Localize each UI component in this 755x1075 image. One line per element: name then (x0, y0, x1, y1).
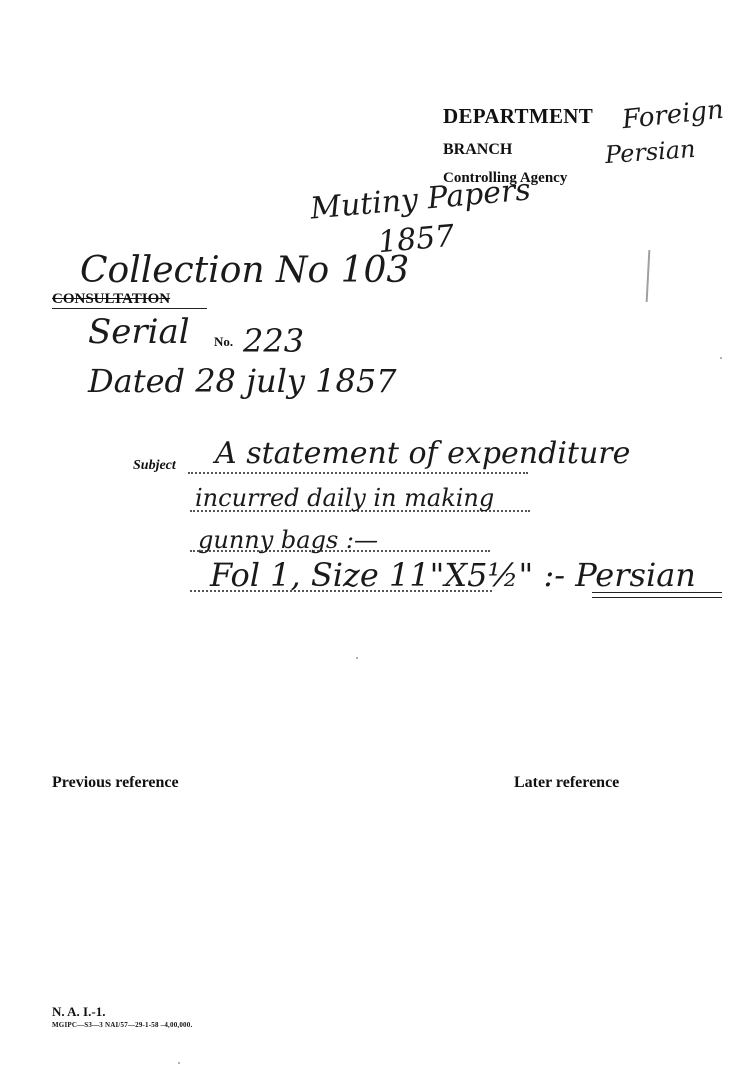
consultation-underline (52, 308, 207, 309)
handwritten-title: Mutiny Papers (309, 172, 532, 226)
persian-underline-2 (592, 597, 722, 598)
scan-speck (720, 357, 722, 359)
subject-line-3: gunny bags :— (198, 526, 378, 554)
form-code: N. A. I.-1. (52, 1004, 105, 1020)
scan-speck (356, 657, 358, 659)
persian-underline-1 (592, 592, 722, 593)
collection-number: Collection No 103 (80, 250, 409, 291)
pencil-mark (646, 250, 651, 302)
subject-dotted-line-1 (188, 472, 528, 474)
printer-line: MGIPC—S3—3 NAI/57—29-1-58 –4,00,000. (52, 1021, 192, 1029)
scan-speck (178, 1062, 180, 1064)
subject-line-2: incurred daily in making (195, 484, 494, 512)
subject-line-4: Fol 1, Size 11"X5½" :- Persian (210, 556, 696, 594)
subject-label: Subject (133, 458, 176, 474)
department-value: Foreign (621, 95, 725, 135)
serial-no-label: No. (214, 334, 233, 350)
serial-number: 223 (243, 322, 304, 360)
branch-value: Persian (604, 135, 696, 169)
consultation-label-struck: CONSULTATION (52, 291, 170, 308)
branch-label: BRANCH (443, 141, 512, 159)
department-label: DEPARTMENT (443, 104, 593, 129)
previous-reference-label: Previous reference (52, 774, 179, 792)
dated-line: Dated 28 july 1857 (88, 362, 397, 400)
subject-line-1: A statement of expenditure (215, 436, 630, 471)
later-reference-label: Later reference (514, 774, 619, 792)
serial-label: Serial (88, 312, 190, 352)
